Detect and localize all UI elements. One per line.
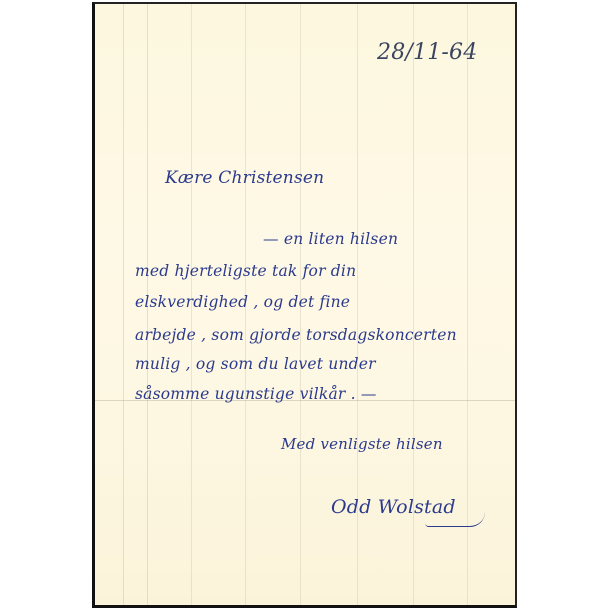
letter-salutation: Kære Christensen xyxy=(165,168,324,188)
letter-body-line: arbejde , som gjorde torsdagskoncerten xyxy=(135,326,457,344)
letter-closing: Med venligste hilsen xyxy=(281,435,443,453)
letter-body-line: mulig , og som du lavet under xyxy=(135,355,376,373)
letter-body-line: — en liten hilsen xyxy=(263,230,398,248)
letter-paper: 28/11-64 Kære Christensen — en liten hil… xyxy=(92,2,517,608)
letter-body-line: elskverdighed , og det fine xyxy=(135,293,350,311)
letter-date: 28/11-64 xyxy=(377,40,477,65)
scan-canvas: 28/11-64 Kære Christensen — en liten hil… xyxy=(0,0,610,610)
signature-flourish xyxy=(425,512,485,527)
letter-body-line: med hjerteligste tak for din xyxy=(135,262,356,280)
ruled-margin-line xyxy=(123,4,124,605)
letter-body-line: såsomme ugunstige vilkår . — xyxy=(135,385,377,403)
